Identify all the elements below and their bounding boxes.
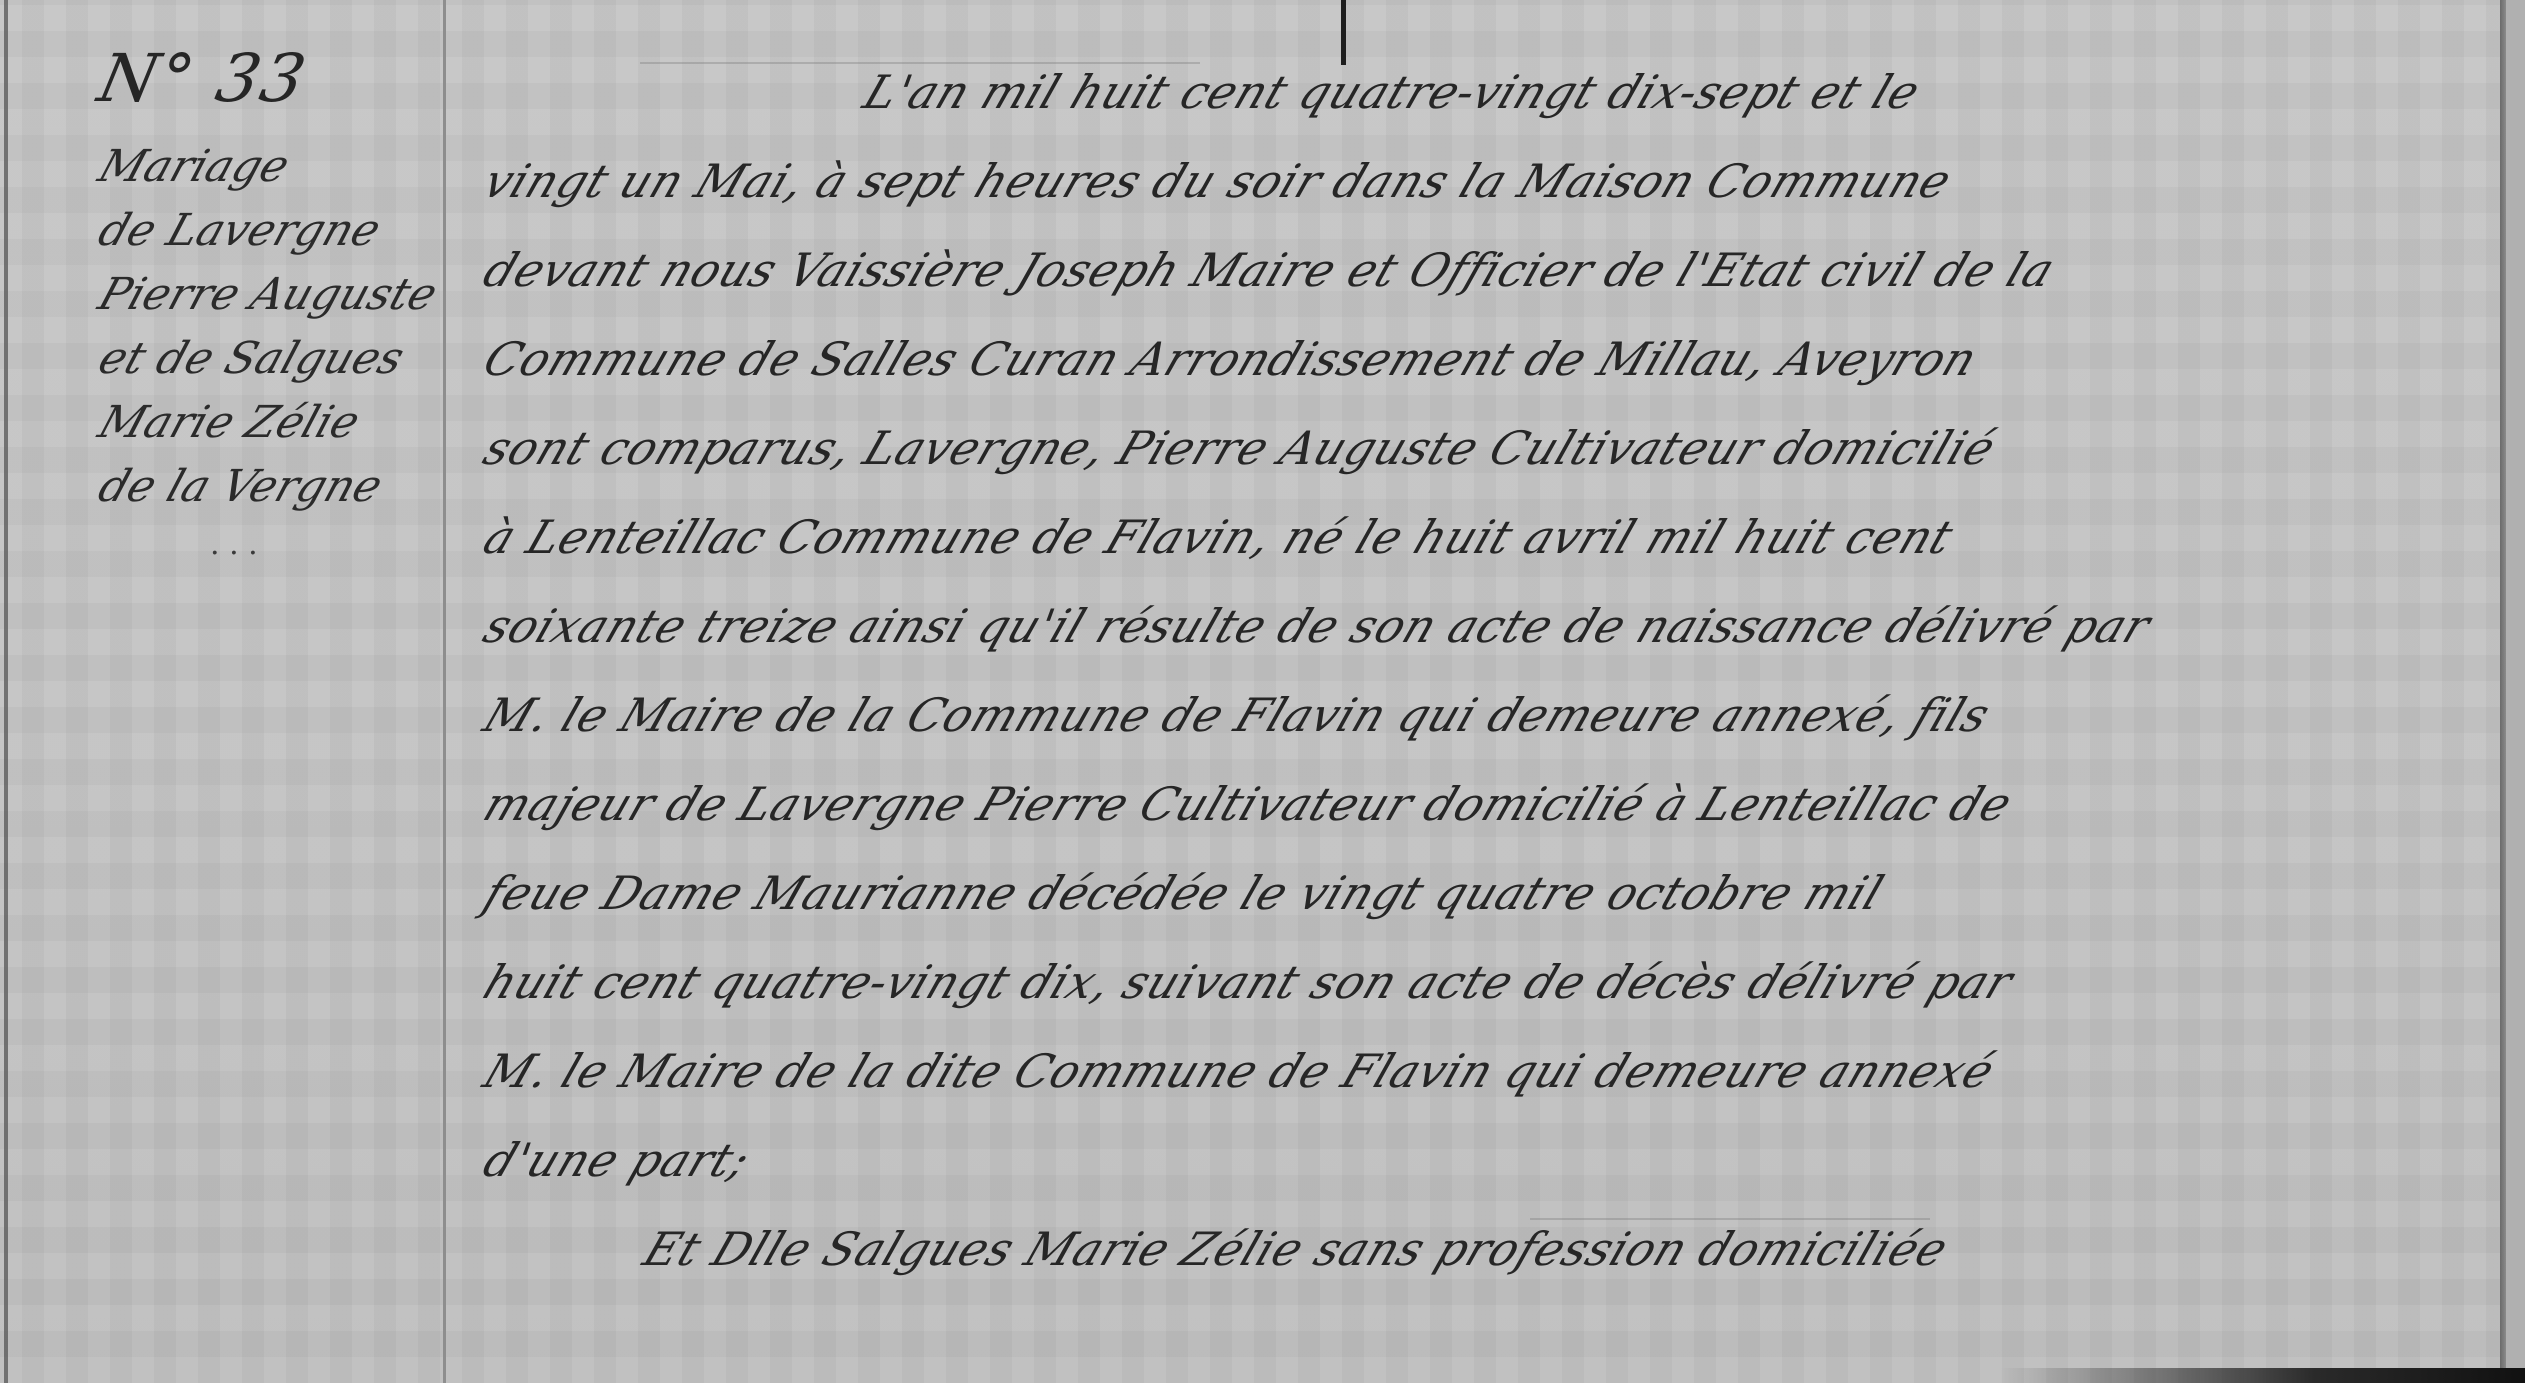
- body-line: Et Dlle Salgues Marie Zélie sans profess…: [470, 1205, 2522, 1294]
- body-line: sont comparus, Lavergne, Pierre Auguste …: [470, 404, 2522, 493]
- body-line-text: L'an mil huit cent quatre-vingt dix-sept…: [857, 65, 1928, 119]
- page-bottom-shadow: [2000, 1368, 2525, 1383]
- margin-title-line: et de Salgues: [90, 327, 461, 391]
- body-line-text: feue Dame Maurianne décédée le vingt qua…: [477, 866, 1891, 920]
- body-line-text: huit cent quatre-vingt dix, suivant son …: [477, 955, 2021, 1009]
- body-line: devant nous Vaissière Joseph Maire et Of…: [470, 226, 2522, 315]
- margin-title-line: Marie Zélie: [90, 391, 461, 455]
- record-number: N° 33: [92, 40, 448, 117]
- body-line: majeur de Lavergne Pierre Cultivateur do…: [470, 760, 2522, 849]
- body-line: huit cent quatre-vingt dix, suivant son …: [470, 938, 2522, 1027]
- page-left-edge: [4, 0, 8, 1383]
- body-line-text: d'une part;: [477, 1133, 758, 1187]
- body-line: vingt un Mai, à sept heures du soir dans…: [470, 137, 2522, 226]
- body-line: à Lenteillac Commune de Flavin, né le hu…: [470, 493, 2522, 582]
- record-body: L'an mil huit cent quatre-vingt dix-sept…: [470, 48, 2490, 1294]
- body-line: Commune de Salles Curan Arrondissement d…: [470, 315, 2522, 404]
- body-line-text: sont comparus, Lavergne, Pierre Auguste …: [477, 421, 2004, 475]
- body-line-text: M. le Maire de la Commune de Flavin qui …: [477, 688, 1998, 742]
- body-line-text: Commune de Salles Curan Arrondissement d…: [477, 332, 1985, 386]
- body-line-text: M. le Maire de la dite Commune de Flavin…: [477, 1044, 2003, 1098]
- body-line-text: majeur de Lavergne Pierre Cultivateur do…: [477, 777, 2020, 831]
- body-line: d'une part;: [470, 1116, 2522, 1205]
- margin-title-line: de Lavergne: [90, 199, 461, 263]
- body-line-text: soixante treize ainsi qu'il résulte de s…: [477, 599, 2158, 653]
- margin-title-line: de la Vergne: [90, 455, 461, 519]
- margin-title-line: Mariage: [90, 135, 461, 199]
- body-line-text: à Lenteillac Commune de Flavin, né le hu…: [477, 510, 1961, 564]
- body-line: M. le Maire de la dite Commune de Flavin…: [470, 1027, 2522, 1116]
- body-line-text: Et Dlle Salgues Marie Zélie sans profess…: [637, 1222, 1956, 1276]
- body-line: soixante treize ainsi qu'il résulte de s…: [470, 582, 2522, 671]
- body-line: feue Dame Maurianne décédée le vingt qua…: [470, 849, 2522, 938]
- body-line-text: devant nous Vaissière Joseph Maire et Of…: [477, 243, 2063, 297]
- margin-trailing-dots: . . .: [210, 527, 440, 562]
- margin-title-line: Pierre Auguste: [90, 263, 461, 327]
- body-line-text: vingt un Mai, à sept heures du soir dans…: [477, 154, 1959, 208]
- margin-column: N° 33 Mariage de Lavergne Pierre Auguste…: [90, 40, 440, 562]
- scanned-register-page: N° 33 Mariage de Lavergne Pierre Auguste…: [0, 0, 2525, 1383]
- body-line: M. le Maire de la Commune de Flavin qui …: [470, 671, 2522, 760]
- body-line: L'an mil huit cent quatre-vingt dix-sept…: [470, 48, 2522, 137]
